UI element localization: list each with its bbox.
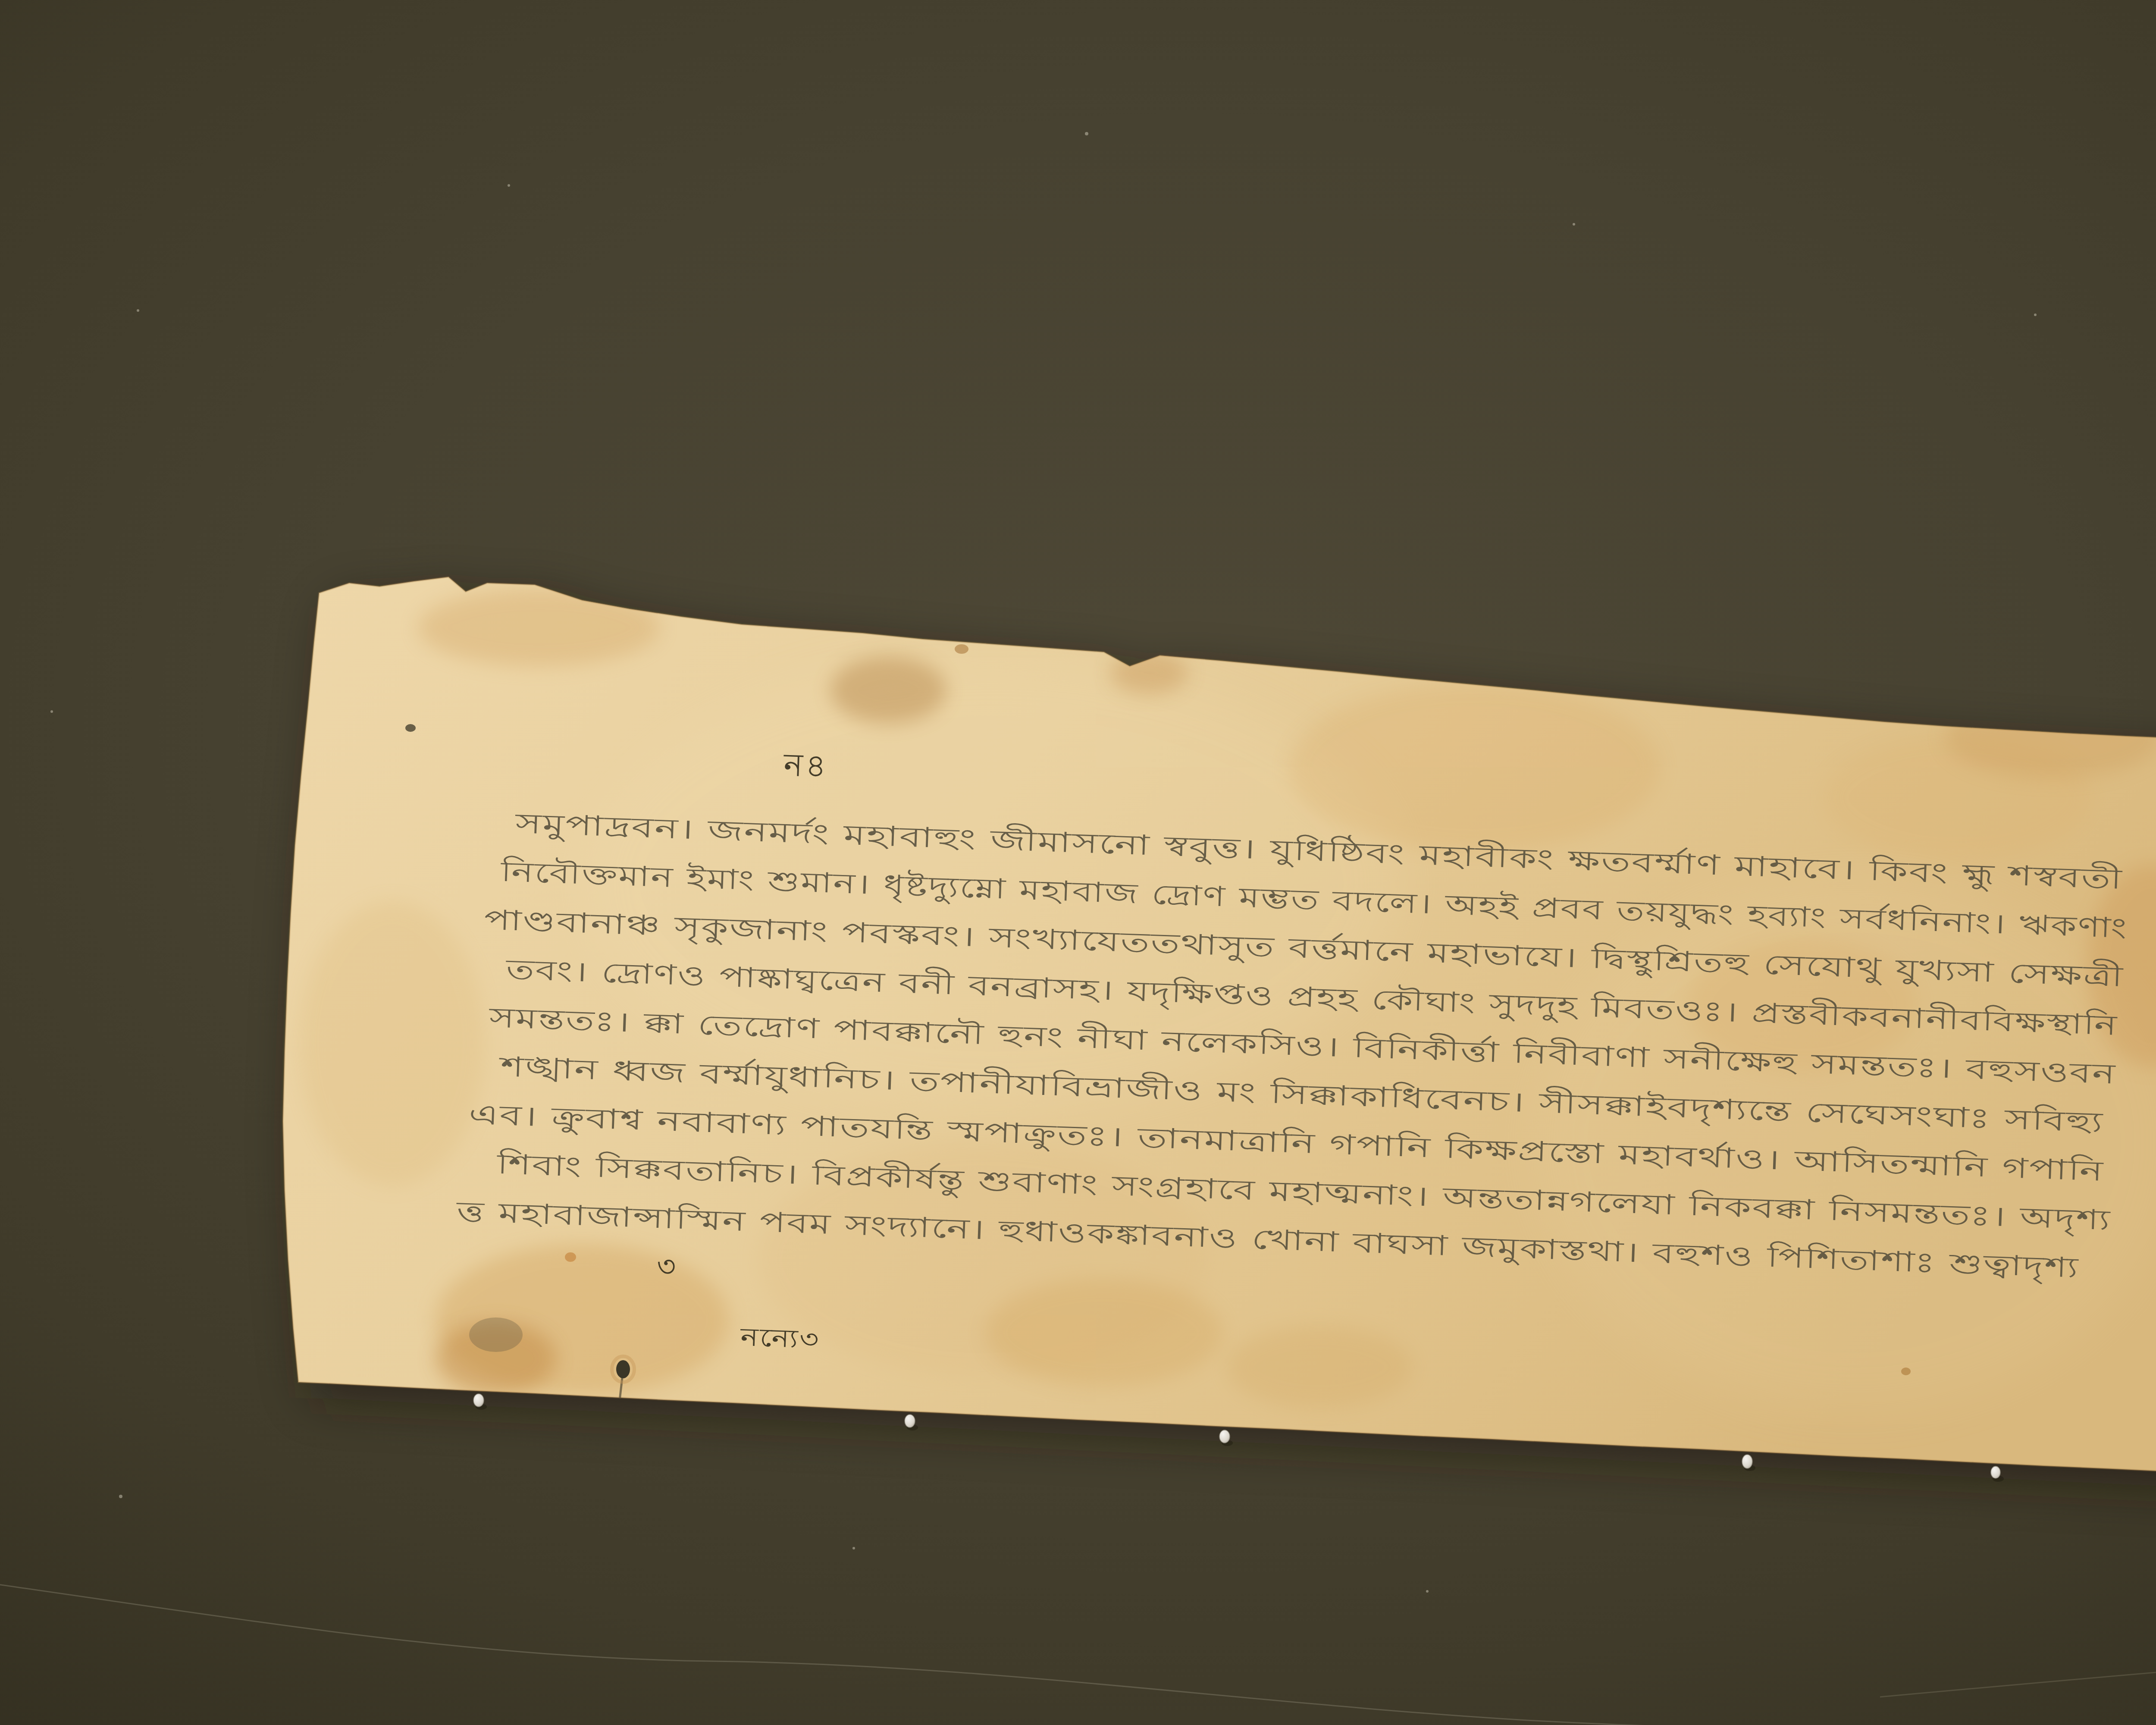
dust-speck — [50, 710, 53, 713]
dust-speck — [852, 1547, 855, 1549]
paper-stain — [1227, 1326, 1412, 1408]
pin-head — [1219, 1430, 1230, 1443]
paper-stain — [300, 901, 485, 1186]
paper-stain — [985, 1279, 1222, 1386]
smudge-mark — [469, 1317, 523, 1352]
dust-speck — [137, 309, 139, 312]
paper-stain — [955, 644, 968, 654]
paper-hole — [616, 1360, 630, 1378]
pin-head — [905, 1414, 915, 1427]
dust-speck — [2034, 314, 2037, 316]
photo-scene: ন৪ সমুপাদ্রবন। জনমর্দং মহাবাহুং জীমাসনো … — [0, 0, 2156, 1725]
paper-stain — [565, 1252, 576, 1262]
pin-head — [473, 1394, 484, 1407]
dust-speck — [1085, 132, 1088, 135]
paper-stain — [418, 589, 660, 666]
dust-speck — [119, 1495, 122, 1498]
paper-stain — [830, 656, 946, 724]
ink-speck — [405, 724, 416, 732]
section-end-mark: ৩ — [656, 1249, 677, 1284]
pin-head — [1991, 1466, 2000, 1478]
dust-speck — [1573, 223, 1575, 226]
dust-speck — [1426, 1590, 1429, 1593]
paper-stain — [1945, 696, 2156, 778]
manuscript-photo: ন৪ সমুপাদ্রবন। জনমর্দং মহাবাহুং জীমাসনো … — [0, 0, 2156, 1725]
footer-annotation: নন্যে৩ — [740, 1322, 821, 1354]
pin-head — [1742, 1455, 1752, 1468]
dust-speck — [508, 184, 510, 187]
paper-stain — [1901, 1367, 1911, 1375]
board-scratch — [1880, 1639, 2156, 1697]
folio-number: ন৪ — [783, 746, 829, 785]
paper-stain — [1110, 651, 1188, 694]
paper-stain — [1289, 684, 1660, 852]
board-scratch — [0, 1584, 1833, 1725]
